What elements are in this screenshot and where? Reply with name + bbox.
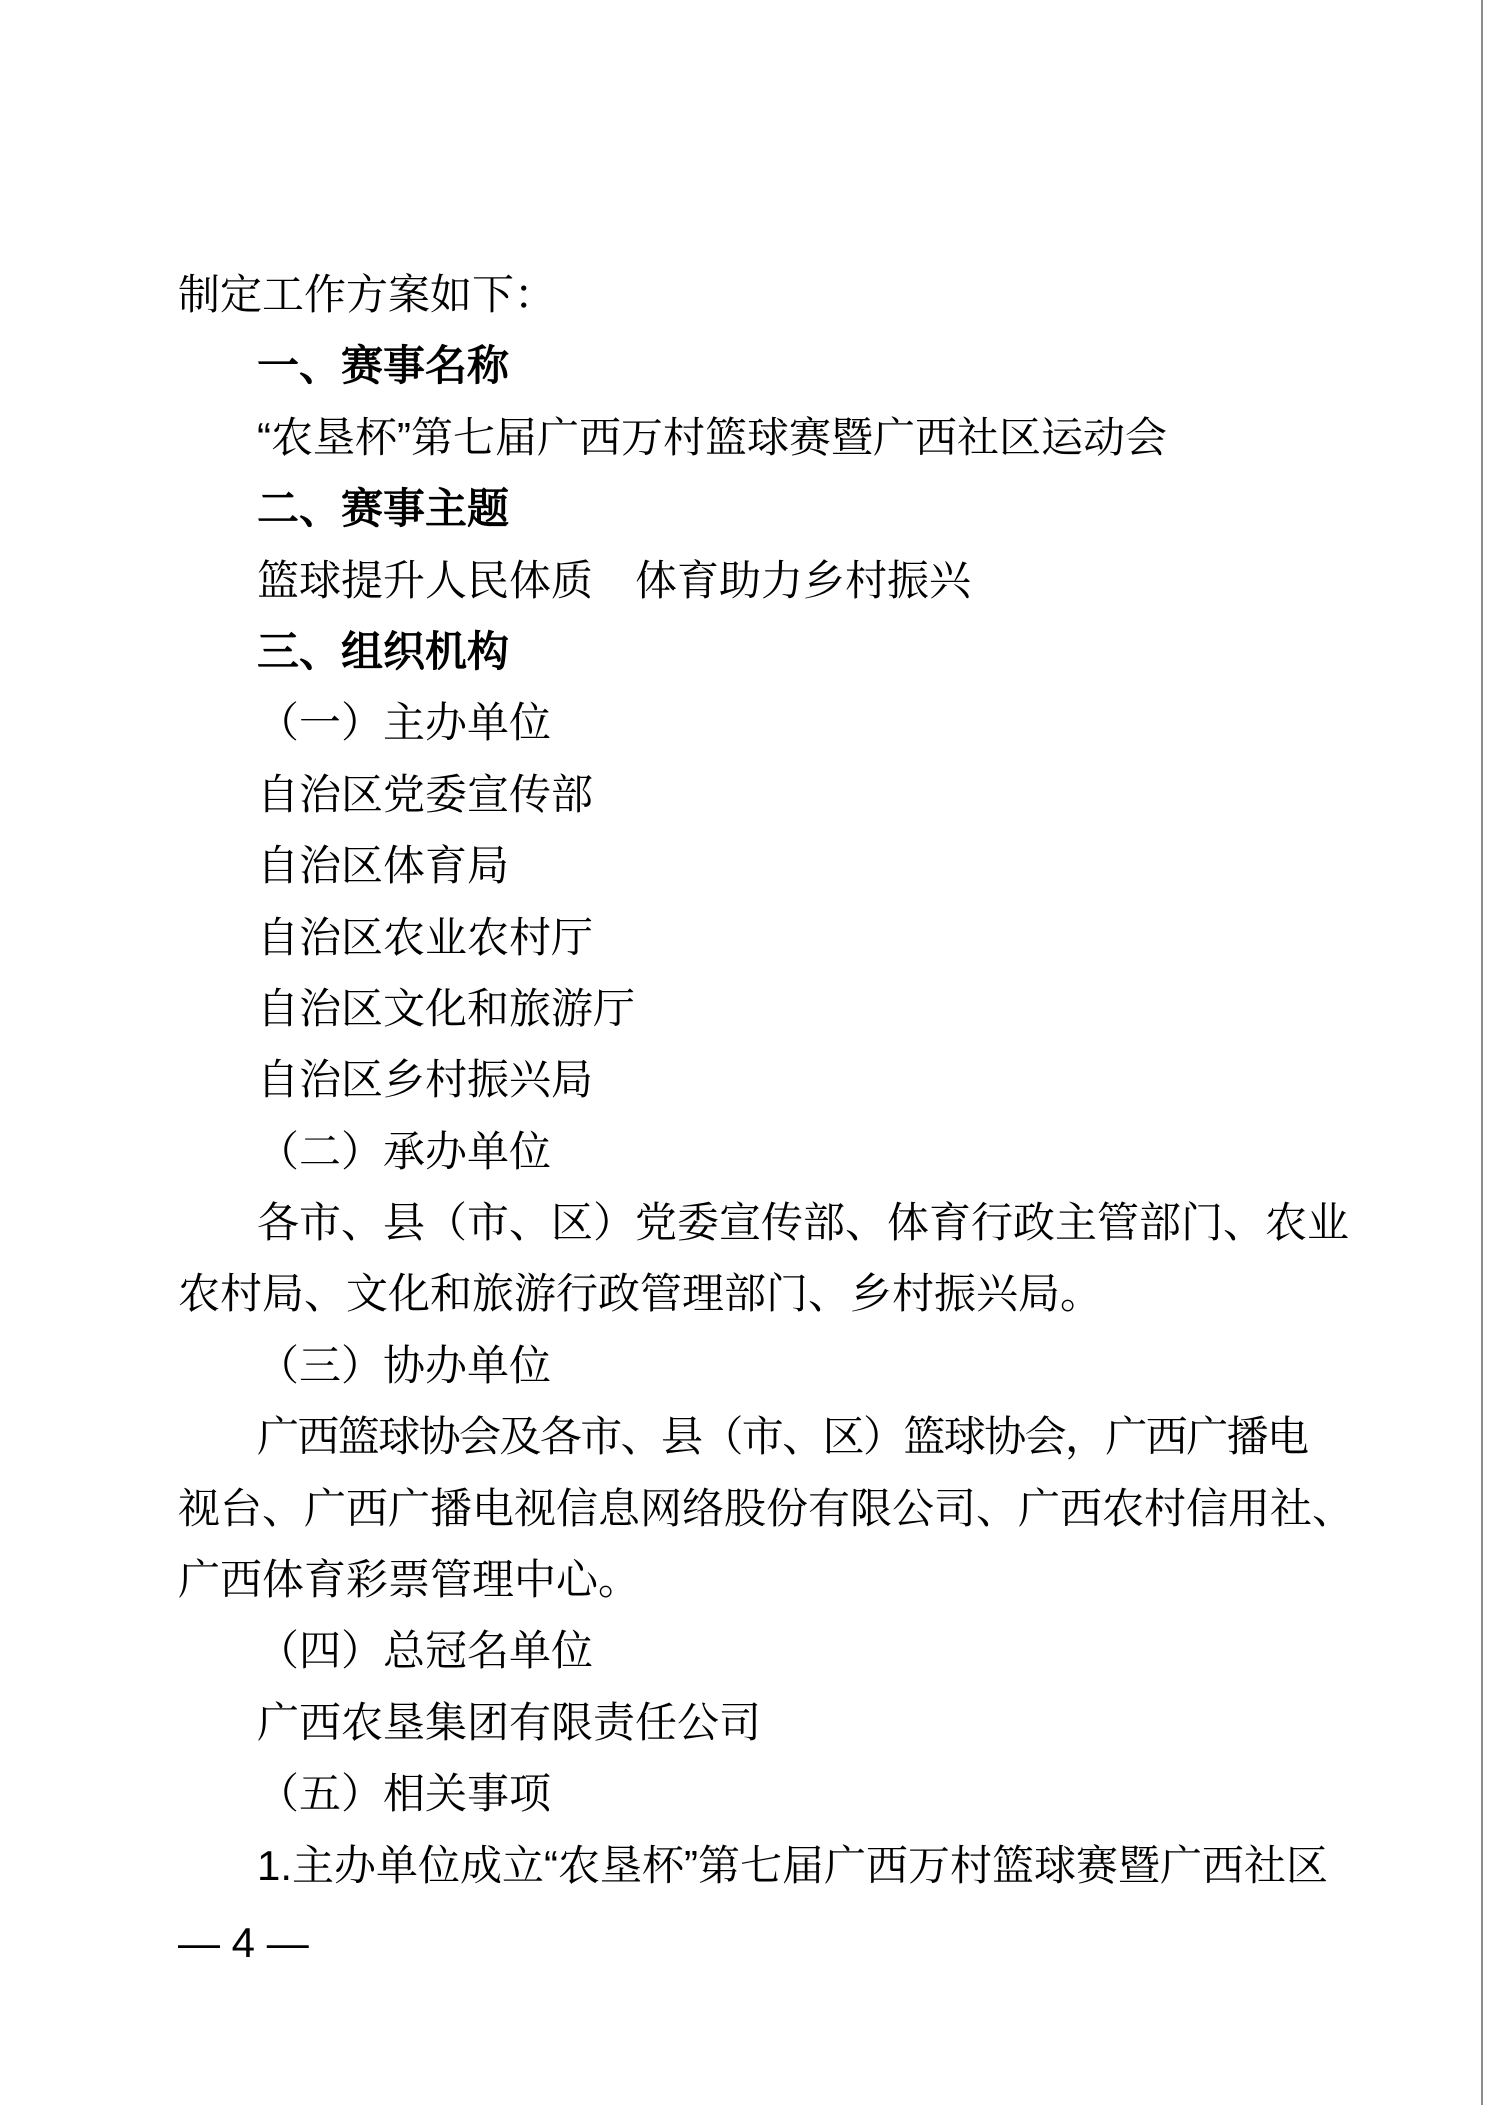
doc-line-14: 各市、县（市、区）党委宣传部、体育行政主管部门、农业 (257, 1187, 1358, 1258)
doc-line-3: “农垦杯”第七届广西万村篮球赛暨广西社区运动会 (257, 402, 1358, 473)
doc-line-6: 三、组织机构 (257, 616, 1358, 687)
scan-edge-artifact (1481, 0, 1483, 2105)
doc-line-4: 二、赛事主题 (257, 473, 1358, 544)
doc-line-13: （二）承办单位 (257, 1116, 1358, 1187)
doc-line-7: （一）主办单位 (257, 687, 1358, 758)
doc-line-5: 篮球提升人民体质 体育助力乡村振兴 (257, 545, 1358, 616)
doc-line-15: 农村局、文化和旅游行政管理部门、乡村振兴局。 (178, 1258, 1358, 1329)
doc-line-1: 制定工作方案如下： (178, 259, 1358, 330)
doc-line-20: （四）总冠名单位 (257, 1615, 1358, 1686)
doc-line-2: 一、赛事名称 (257, 330, 1358, 401)
doc-line-12: 自治区乡村振兴局 (257, 1044, 1358, 1115)
document-page: 制定工作方案如下：一、赛事名称“农垦杯”第七届广西万村篮球赛暨广西社区运动会二、… (0, 0, 1488, 2105)
doc-line-9: 自治区体育局 (257, 830, 1358, 901)
doc-line-18: 视台、广西广播电视信息网络股份有限公司、广西农村信用社、 (178, 1473, 1358, 1544)
doc-line-10: 自治区农业农村厅 (257, 902, 1358, 973)
doc-line-19: 广西体育彩票管理中心。 (178, 1544, 1358, 1615)
doc-line-22: （五）相关事项 (257, 1758, 1358, 1829)
doc-line-21: 广西农垦集团有限责任公司 (257, 1687, 1358, 1758)
doc-line-8: 自治区党委宣传部 (257, 759, 1358, 830)
doc-line-17: 广西篮球协会及各市、县（市、区）篮球协会，广西广播电 (257, 1401, 1358, 1472)
doc-line-16: （三）协办单位 (257, 1330, 1358, 1401)
document-body: 制定工作方案如下：一、赛事名称“农垦杯”第七届广西万村篮球赛暨广西社区运动会二、… (178, 259, 1358, 1901)
page-number: — 4 — (178, 1918, 309, 1967)
doc-line-23: 1.主办单位成立“农垦杯”第七届广西万村篮球赛暨广西社区 (257, 1830, 1358, 1901)
doc-line-11: 自治区文化和旅游厅 (257, 973, 1358, 1044)
